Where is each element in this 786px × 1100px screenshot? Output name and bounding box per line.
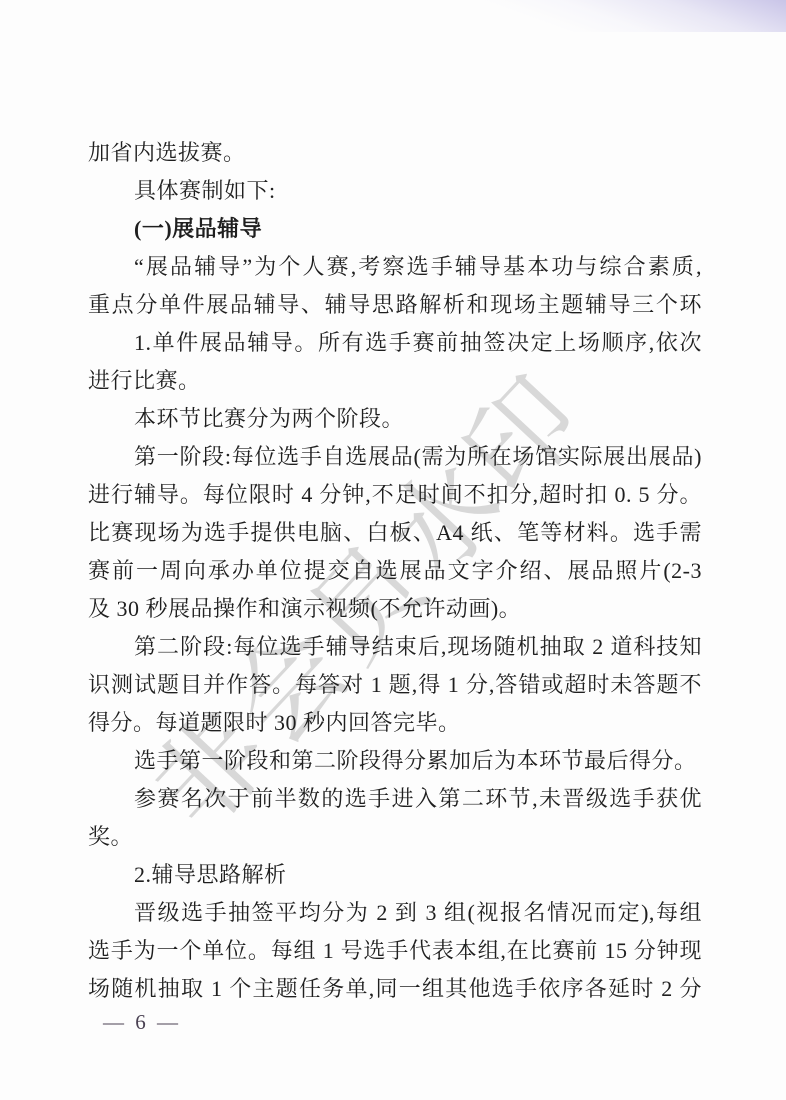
text-line: 第二阶段:每位选手辅导结束后,现场随机抽取 2 道科技知 — [88, 628, 702, 666]
section-heading: (一)展品辅导 — [88, 210, 702, 248]
document-page: 非会员水印 加省内选拔赛。 具体赛制如下: (一)展品辅导 “展品辅导”为个人赛… — [0, 0, 786, 1100]
document-body: 加省内选拔赛。 具体赛制如下: (一)展品辅导 “展品辅导”为个人赛,考察选手辅… — [88, 134, 702, 1008]
text-line: 晋级选手抽签平均分为 2 到 3 组(视报名情况而定),每组 — [88, 894, 702, 932]
text-line: 得分。每道题限时 30 秒内回答完毕。 — [88, 704, 702, 742]
text-line: 重点分单件展品辅导、辅导思路解析和现场主题辅导三个环节。 — [88, 286, 702, 324]
text-line: 比赛现场为选手提供电脑、白板、A4 纸、笔等材料。选手需于比 — [88, 514, 702, 552]
text-line: 1.单件展品辅导。所有选手赛前抽签决定上场顺序,依次 — [88, 324, 702, 362]
text-line: 加省内选拔赛。 — [88, 134, 702, 172]
text-line: 进行辅导。每位限时 4 分钟,不足时间不扣分,超时扣 0. 5 分。 — [88, 476, 702, 514]
scan-artifact-tint — [466, 0, 786, 32]
text-line: 进行比赛。 — [88, 362, 702, 400]
text-line: 奖。 — [88, 818, 702, 856]
text-line: 识测试题目并作答。每答对 1 题,得 1 分,答错或超时未答题不 — [88, 666, 702, 704]
text-line: “展品辅导”为个人赛,考察选手辅导基本功与综合素质, — [88, 248, 702, 286]
text-line: 参赛名次于前半数的选手进入第二环节,未晋级选手获优秀 — [88, 780, 702, 818]
text-line: 场随机抽取 1 个主题任务单,同一组其他选手依序各延时 2 分钟 — [88, 970, 702, 1008]
text-line: 本环节比赛分为两个阶段。 — [88, 400, 702, 438]
text-line: 具体赛制如下: — [88, 172, 702, 210]
page-number: — 6 — — [103, 1010, 181, 1035]
text-line: 选手第一阶段和第二阶段得分累加后为本环节最后得分。 — [88, 742, 702, 780]
text-line: 第一阶段:每位选手自选展品(需为所在场馆实际展出展品) — [88, 438, 702, 476]
text-line: 赛前一周向承办单位提交自选展品文字介绍、展品照片(2-3 张) — [88, 552, 702, 590]
list-heading: 2.辅导思路解析 — [88, 856, 702, 894]
text-line: 及 30 秒展品操作和演示视频(不允许动画)。 — [88, 590, 702, 628]
text-line: 选手为一个单位。每组 1 号选手代表本组,在比赛前 15 分钟现 — [88, 932, 702, 970]
